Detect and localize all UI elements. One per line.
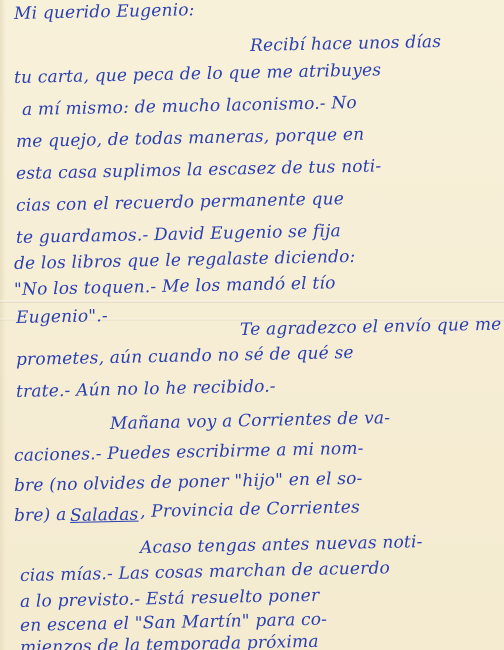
letter-line: "No los toquen.- Me los mandó el tío [14, 273, 336, 300]
letter-page: Mi querido Eugenio:Recibí hace unos días… [0, 0, 504, 650]
letter-line: Te agradezco el envío que me [240, 315, 502, 340]
paper-edge [0, 0, 6, 650]
letter-line: me quejo, de todas maneras, porque en [16, 125, 365, 152]
letter-line: Acaso tengas antes nuevas noti- [140, 532, 423, 558]
letter-line: a mí mismo: de mucho laconismo.- No [22, 93, 357, 120]
letter-line: bre) a [14, 505, 67, 526]
fold-line [0, 300, 504, 303]
letter-line: Recibí hace unos días [250, 32, 442, 56]
letter-line: te guardamos.- David Eugenio se fija [16, 221, 341, 248]
letter-line: , Provincia de Corrientes [140, 497, 360, 522]
letter-line: de los libros que le regalaste diciendo: [14, 247, 356, 274]
letter-line: Eugenio".- [16, 306, 108, 328]
letter-line: Saladas [70, 505, 139, 526]
letter-line: trate.- Aún no lo he recibido.- [16, 377, 276, 402]
letter-line: Mi querido Eugenio: [14, 0, 195, 24]
letter-line: prometes, aún cuando no sé de qué se [16, 343, 354, 370]
letter-line: a lo previsto.- Está resuelto poner [20, 586, 320, 612]
letter-line: tu carta, que peca de lo que me atribuye… [14, 60, 382, 88]
letter-line: caciones.- Puedes escribirme a mi nom- [14, 439, 364, 466]
letter-line: bre (no olvides de poner "hijo" en el so… [14, 469, 363, 496]
letter-line: esta casa suplimos la escasez de tus not… [16, 156, 382, 184]
letter-line: cias mías.- Las cosas marchan de acuerdo [20, 558, 390, 586]
letter-line: Mañana voy a Corrientes de va- [110, 408, 391, 434]
letter-line: cias con el recuerdo permanente que [16, 189, 344, 216]
